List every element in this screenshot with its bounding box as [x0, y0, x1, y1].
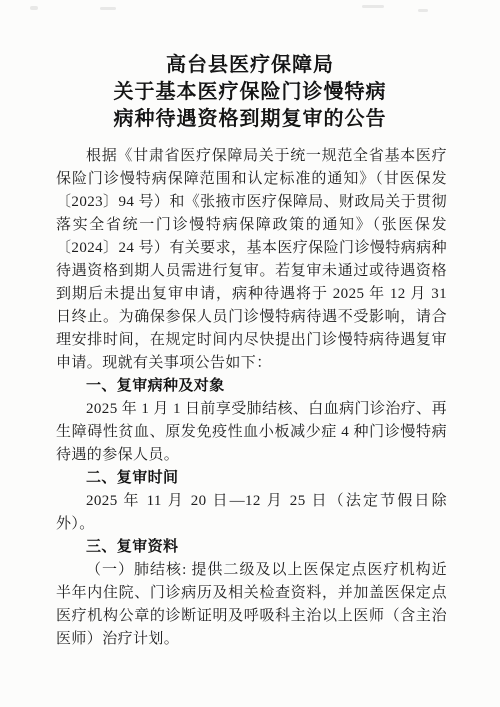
section-3-paragraph: （一）肺结核: 提供二级及以上医保定点医疗机构近半年内住院、门诊病历及相关检查资…	[56, 559, 447, 651]
scan-artifact	[418, 9, 428, 12]
section-3-heading: 三、复审资料	[56, 536, 447, 559]
scan-artifact	[362, 5, 384, 8]
scan-artifact	[180, 596, 184, 600]
section-1-heading: 一、复审病种及对象	[56, 375, 447, 398]
document-title: 高台县医疗保障局 关于基本医疗保险门诊慢特病 病种待遇资格到期复审的公告	[0, 0, 500, 133]
document-body: 根据《甘肃省医疗保障局关于统一规范全省基本医疗保险门诊慢特病保障范围和认定标准的…	[56, 145, 447, 651]
section-2-paragraph: 2025 年 11 月 20 日—12 月 25 日（法定节假日除外）。	[56, 490, 447, 536]
document-page: 高台县医疗保障局 关于基本医疗保险门诊慢特病 病种待遇资格到期复审的公告 根据《…	[0, 0, 500, 707]
intro-paragraph: 根据《甘肃省医疗保障局关于统一规范全省基本医疗保险门诊慢特病保障范围和认定标准的…	[56, 145, 447, 375]
title-line-3: 病种待遇资格到期复审的公告	[0, 106, 500, 133]
title-line-1: 高台县医疗保障局	[0, 52, 500, 79]
scan-artifact	[30, 6, 38, 10]
section-1-paragraph: 2025 年 1 月 1 日前享受肺结核、白血病门诊治疗、再生障碍性贫血、原发免…	[56, 398, 447, 467]
scan-artifact	[100, 7, 116, 10]
section-2-heading: 二、复审时间	[56, 467, 447, 490]
title-line-2: 关于基本医疗保险门诊慢特病	[0, 79, 500, 106]
